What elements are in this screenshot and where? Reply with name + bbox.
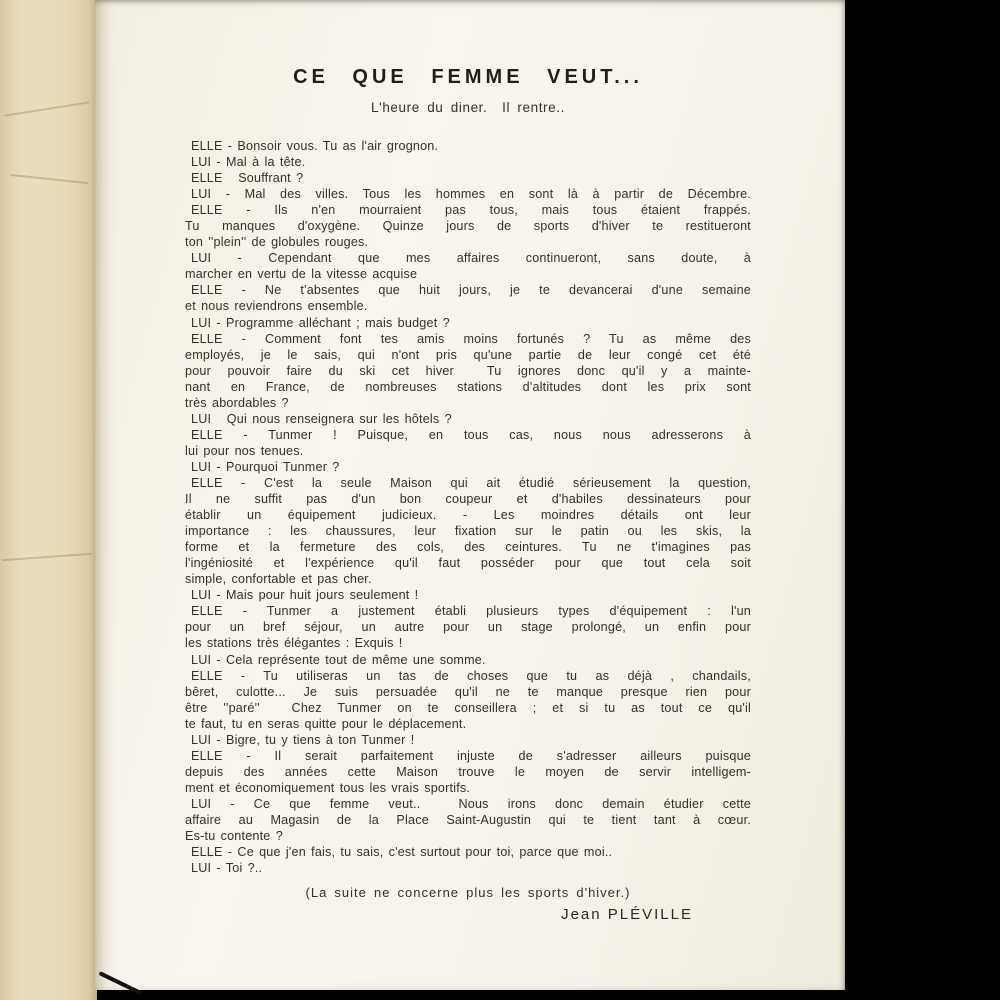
dialogue-line: LUI - Toi ?.. (185, 860, 751, 876)
author-signature: Jean PLÉVILLE (561, 906, 693, 923)
page-subtitle: L'heure du diner. Il rentre.. (185, 89, 751, 115)
dialogue-line: pour pouvoir faire du ski cet hiver Tu i… (185, 363, 751, 379)
dialogue-line: LUI - Mal des villes. Tous les hommes en… (185, 186, 751, 202)
dialogue-line: ton ''plein'' de globules rouges. (185, 234, 751, 250)
dialogue-line: employés, je le sais, qui n'ont pris qu'… (185, 347, 751, 363)
dialogue-line: ELLE - C'est la seule Maison qui ait étu… (185, 475, 751, 491)
dialogue-line: Es-tu contente ? (185, 828, 751, 844)
dialogue-line: ELLE - Ce que j'en fais, tu sais, c'est … (185, 844, 751, 860)
dialogue-line: LUI - Mal à la tête. (185, 154, 751, 170)
dialogue-line: l'ingéniosité et l'expérience qu'il faut… (185, 555, 751, 571)
dialogue-line: affaire au Magasin de la Place Saint-Aug… (185, 812, 751, 828)
paper-crease (10, 174, 88, 184)
dialogue-line: être ''paré'' Chez Tunmer on te conseill… (185, 700, 751, 716)
dialogue-line: Tu manques d'oxygène. Quinze jours de sp… (185, 218, 751, 234)
dialogue-line: les stations très élégantes : Exquis ! (185, 635, 751, 651)
dialogue-line: très abordables ? (185, 395, 751, 411)
dialogue-line: Il ne suffit pas d'un bon coupeur et d'h… (185, 491, 751, 507)
dialogue-line: simple, confortable et pas cher. (185, 571, 751, 587)
paper-crease (2, 553, 92, 561)
dialogue-line: ELLE - Tunmer a justement établi plusieu… (185, 603, 751, 619)
dialogue-line: importance : les chaussures, leur fixati… (185, 523, 751, 539)
dialogue-line: depuis des années cette Maison trouve le… (185, 764, 751, 780)
page-sheet: CE QUE FEMME VEUT... L'heure du diner. I… (95, 0, 845, 990)
dialogue-line: LUI - Cela représente tout de même une s… (185, 652, 751, 668)
dialogue-line: LUI - Pourquoi Tunmer ? (185, 459, 751, 475)
dialogue-text: ELLE - Bonsoir vous. Tu as l'air grognon… (185, 138, 751, 876)
dialogue-line: nant en France, de nombreuses stations d… (185, 379, 751, 395)
dialogue-line: ELLE - Comment font tes amis moins fortu… (185, 331, 751, 347)
dialogue-line: et nous reviendrons ensemble. (185, 298, 751, 314)
dialogue-line: bêret, culotte... Je suis persuadée qu'i… (185, 684, 751, 700)
under-page-edge (0, 0, 97, 1000)
page-title: CE QUE FEMME VEUT... (185, 0, 751, 89)
dialogue-line: LUI - Mais pour huit jours seulement ! (185, 587, 751, 603)
paper-crease (4, 101, 89, 116)
dialogue-line: ELLE - Bonsoir vous. Tu as l'air grognon… (185, 138, 751, 154)
dialogue-line: ELLE - Tu utiliseras un tas de choses qu… (185, 668, 751, 684)
text-column: CE QUE FEMME VEUT... L'heure du diner. I… (185, 0, 751, 115)
dialogue-line: marcher en vertu de la vitesse acquise (185, 266, 751, 282)
closing-note: (La suite ne concerne plus les sports d'… (185, 885, 751, 900)
page-corner-shadow (98, 971, 141, 995)
dialogue-line: LUI Qui nous renseignera sur les hôtels … (185, 411, 751, 427)
scanned-page: CE QUE FEMME VEUT... L'heure du diner. I… (0, 0, 1000, 1000)
dialogue-line: ELLE - Ne t'absentes que huit jours, je … (185, 282, 751, 298)
dialogue-line: ELLE Souffrant ? (185, 170, 751, 186)
dialogue-line: ment et économiquement tous les vrais sp… (185, 780, 751, 796)
dialogue-line: forme et la fermeture des cols, des cein… (185, 539, 751, 555)
dialogue-line: te faut, tu en seras quitte pour le dépl… (185, 716, 751, 732)
dialogue-line: LUI - Ce que femme veut.. Nous irons don… (185, 796, 751, 812)
dialogue-line: LUI - Programme alléchant ; mais budget … (185, 315, 751, 331)
dialogue-line: ELLE - Il serait parfaitement injuste de… (185, 748, 751, 764)
dialogue-line: ELLE - Ils n'en mourraient pas tous, mai… (185, 202, 751, 218)
dialogue-line: lui pour nos tenues. (185, 443, 751, 459)
dialogue-line: établir un équipement judicieux. - Les m… (185, 507, 751, 523)
dialogue-line: LUI - Bigre, tu y tiens à ton Tunmer ! (185, 732, 751, 748)
dialogue-line: LUI - Cependant que mes affaires continu… (185, 250, 751, 266)
dialogue-line: pour un bref séjour, un autre pour un st… (185, 619, 751, 635)
dialogue-line: ELLE - Tunmer ! Puisque, en tous cas, no… (185, 427, 751, 443)
